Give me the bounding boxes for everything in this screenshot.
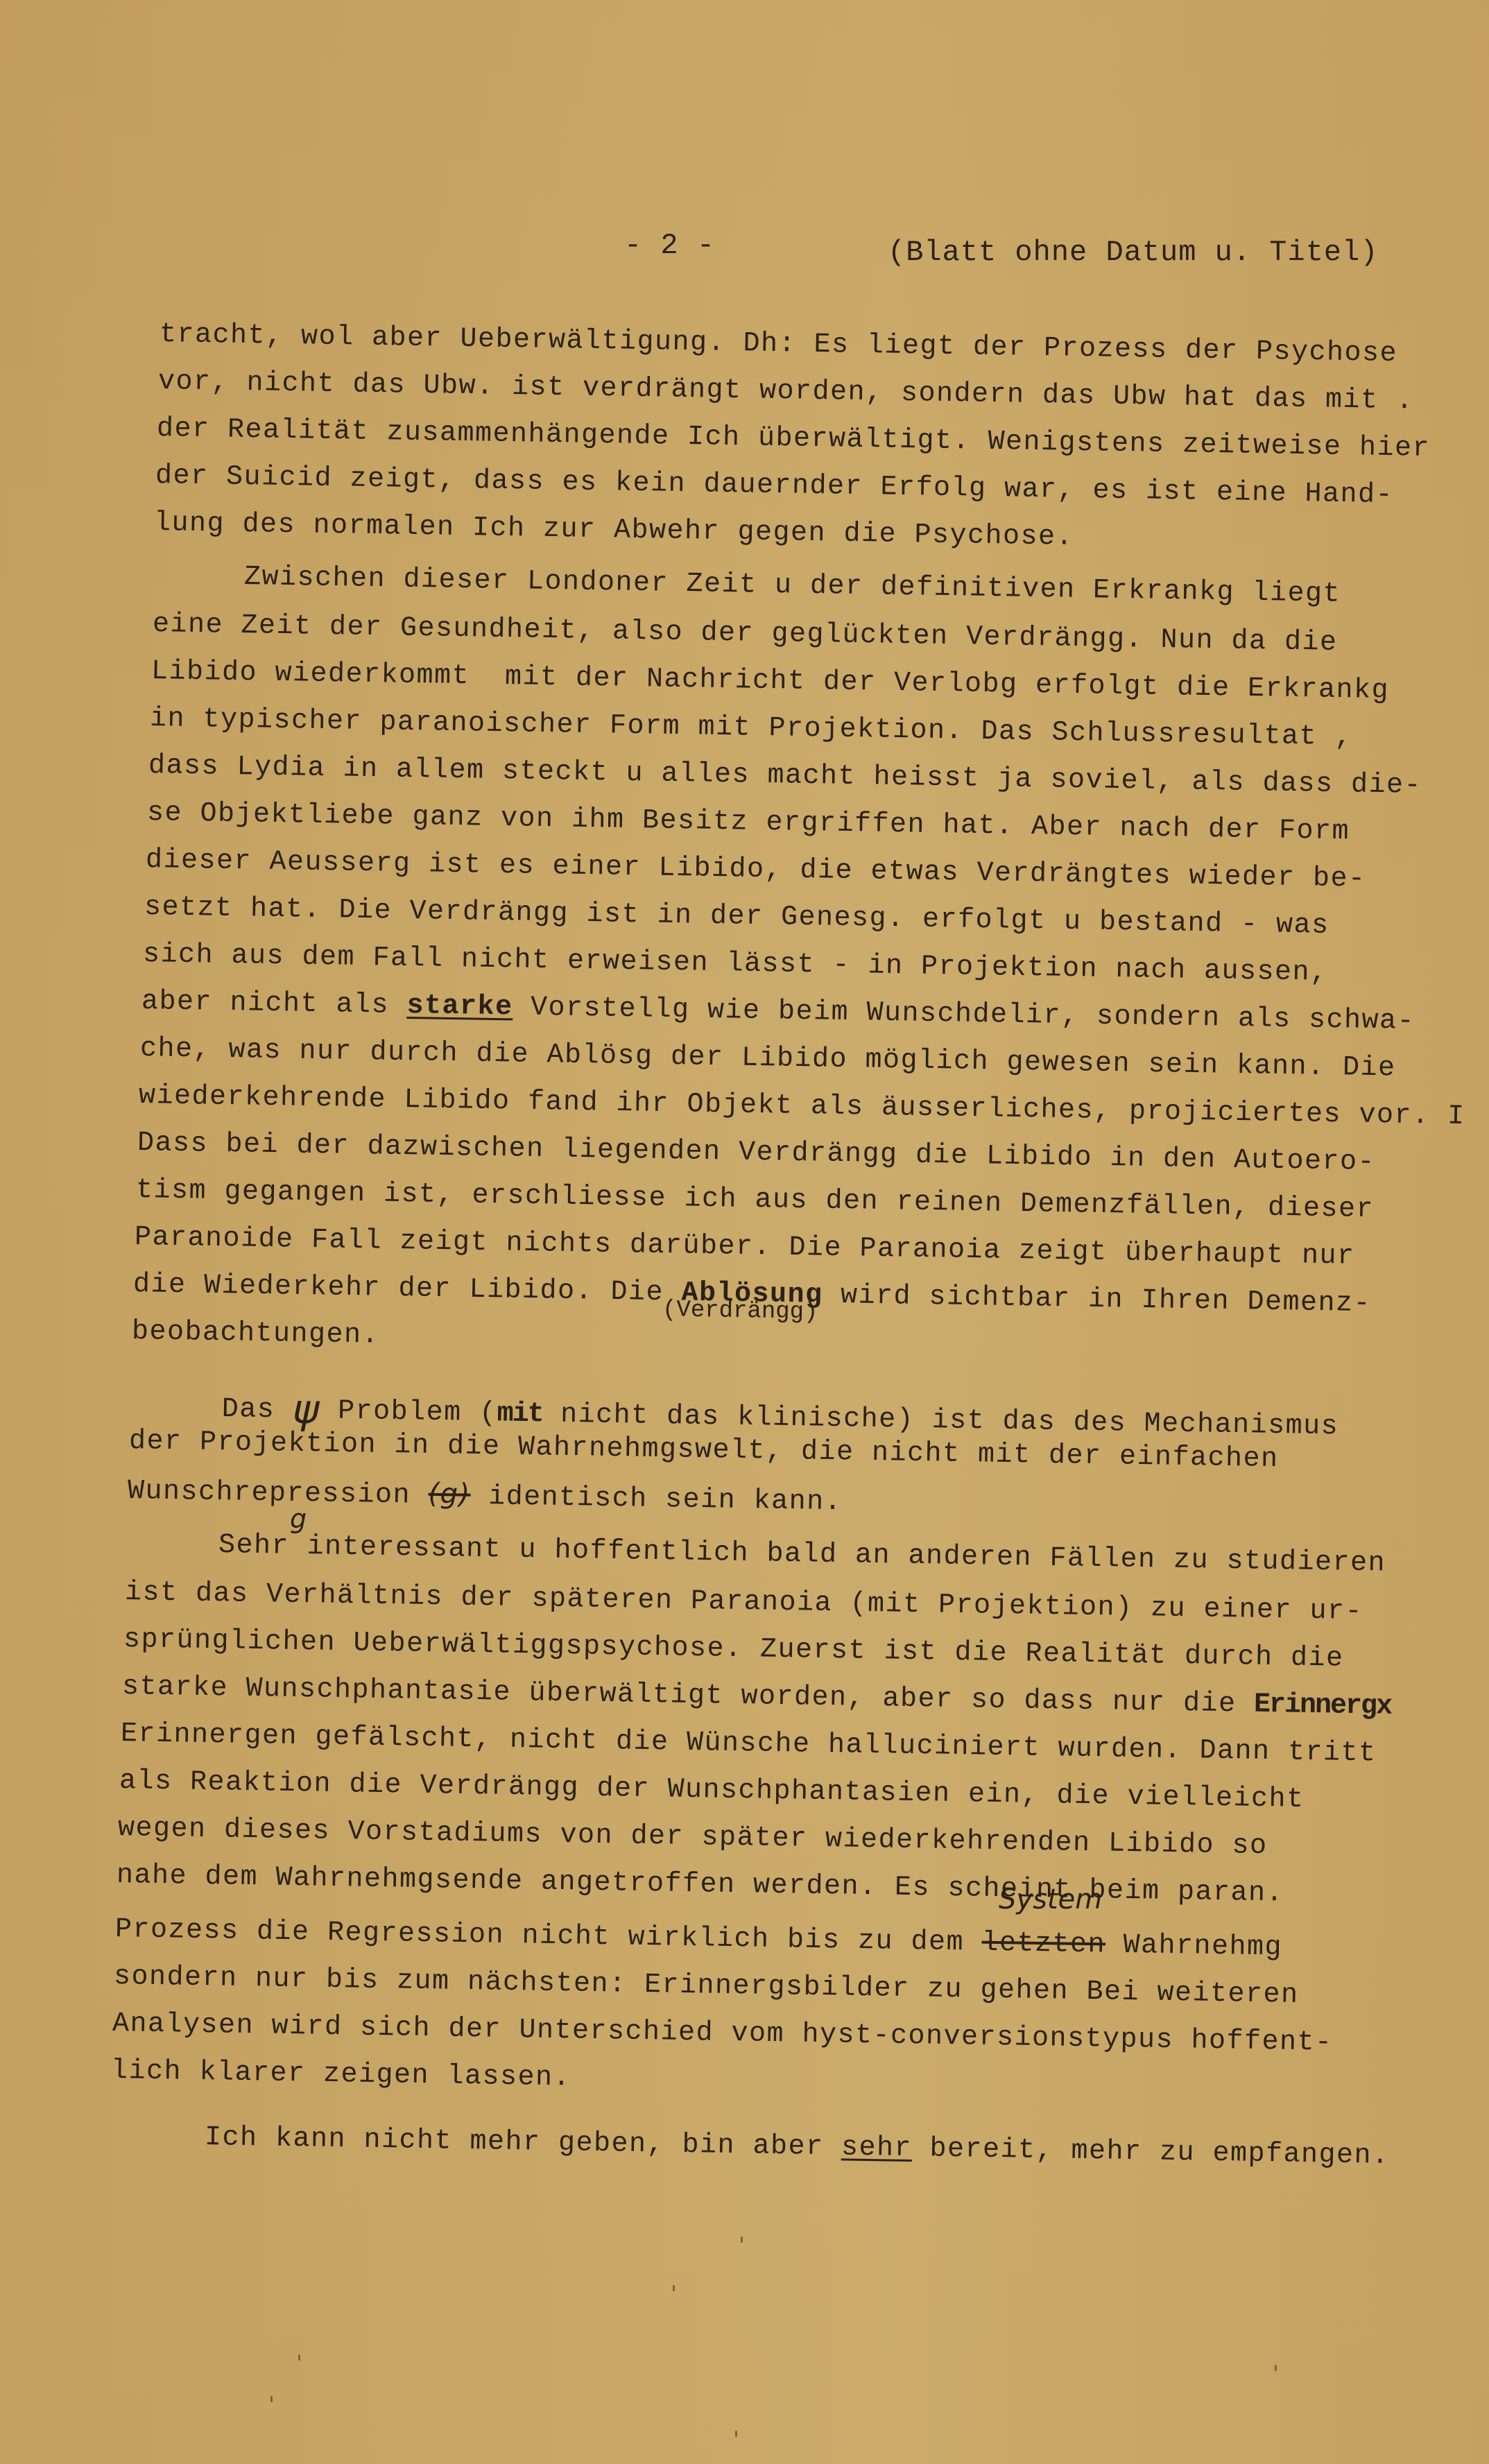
- text-line: beobachtungen.: [132, 1316, 380, 1352]
- text-line: sprünglichen Ueberwältiggspsychose. Zuer…: [123, 1624, 1344, 1675]
- page-number: - 2 -: [624, 229, 715, 262]
- text-line: Libido wiederkommt mit der Nachricht der…: [151, 656, 1390, 707]
- paper-speck: [1275, 2365, 1277, 2371]
- text-line: wegen dieses Vorstadiums von der später …: [118, 1813, 1268, 1862]
- text-line: Analysen wird sich der Unterschied vom h…: [112, 2008, 1333, 2059]
- text-line: Sehr interessant u hoffentlich bald an a…: [218, 1530, 1386, 1579]
- interlinear-correction: (Verdrängg): [662, 1297, 818, 1326]
- underlined-word: starke: [406, 990, 513, 1023]
- text-line: der Suicid zeigt, dass es kein dauernder…: [155, 460, 1394, 511]
- paper-speck: [741, 2237, 743, 2243]
- text-line: tism gegangen ist, erschliesse ich aus d…: [136, 1175, 1375, 1225]
- text-line: lich klarer zeigen lassen.: [111, 2056, 571, 2094]
- text-line: Erinnergen gefälscht, nicht die Wünsche …: [121, 1718, 1377, 1769]
- text-line: aber nicht als starke Vorstellg wie beim…: [141, 986, 1415, 1037]
- text-line: vor, nicht das Ubw. ist verdrängt worden…: [158, 366, 1414, 417]
- text-line: tracht, wol aber Ueberwältigung. Dh: Es …: [160, 319, 1398, 370]
- text-line: che, was nur durch die Ablösg der Libido…: [140, 1033, 1396, 1084]
- psi-symbol: ψ: [292, 1386, 320, 1433]
- paper-speck: [270, 2396, 273, 2402]
- paper-speck: [735, 2431, 737, 2437]
- text-line: Dass bei der dazwischen liegenden Verdrä…: [137, 1128, 1376, 1178]
- text-line: der Realität zusammenhängende Ich überwä…: [157, 413, 1431, 465]
- handwritten-correction: g: [290, 1504, 307, 1534]
- text-line: eine Zeit der Gesundheit, also der geglü…: [153, 609, 1338, 659]
- text-line: lung des normalen Ich zur Abwehr gegen d…: [154, 508, 1074, 553]
- text-line: sich aus dem Fall nicht erweisen lässt -…: [143, 939, 1328, 989]
- text-line: dieser Aeusserg ist es einer Libido, die…: [146, 845, 1366, 895]
- text-line: Wunschrepression (g) identisch sein kann…: [128, 1473, 843, 1518]
- text-line: Paranoide Fall zeigt nichts darüber. Die…: [135, 1222, 1355, 1273]
- typewritten-letter-page: - 2 - (Blatt ohne Datum u. Titel) tracht…: [0, 0, 1489, 2464]
- text-line: dass Lydia in allem steckt u alles macht…: [148, 750, 1422, 802]
- text-line: sondern nur bis zum nächsten: Erinnergsb…: [114, 1961, 1299, 2011]
- text-line: nahe dem Wahrnehmgsende angetroffen werd…: [117, 1860, 1284, 1909]
- text-line: als Reaktion die Verdrängg der Wunschpha…: [119, 1766, 1305, 1816]
- text-line: wiederkehrende Libido fand ihr Objekt al…: [139, 1080, 1465, 1132]
- text-line: Prozess die Regression nicht wirklich bi…: [115, 1914, 1283, 1963]
- struck-out-word: letzten: [981, 1928, 1105, 1961]
- text-line: setzt hat. Die Verdrängg ist in der Gene…: [144, 892, 1329, 942]
- paper-speck: [673, 2285, 675, 2291]
- text-line: se Objektliebe ganz von ihm Besitz ergri…: [147, 798, 1350, 847]
- page-subtitle: (Blatt ohne Datum u. Titel): [888, 236, 1379, 269]
- paper-speck: [298, 2354, 300, 2361]
- closing-line: Ich kann nicht mehr geben, bin aber sehr…: [205, 2122, 1390, 2172]
- handwritten-insertion: System: [999, 1884, 1102, 1915]
- struck-handwritten-mark: (g): [428, 1478, 471, 1510]
- text-line: ist das Verhältnis der späteren Paranoia…: [125, 1577, 1363, 1628]
- text-line: starke Wunschphantasie überwältigt worde…: [122, 1671, 1392, 1723]
- text-line: in typischer paranoischer Form mit Proje…: [150, 703, 1353, 753]
- struck-out-word: Erinnergx: [1254, 1689, 1392, 1723]
- underlined-word: sehr: [841, 2132, 913, 2164]
- struck-out-word: mit: [497, 1398, 543, 1430]
- text-line: Zwischen dieser Londoner Zeit u der defi…: [244, 562, 1341, 610]
